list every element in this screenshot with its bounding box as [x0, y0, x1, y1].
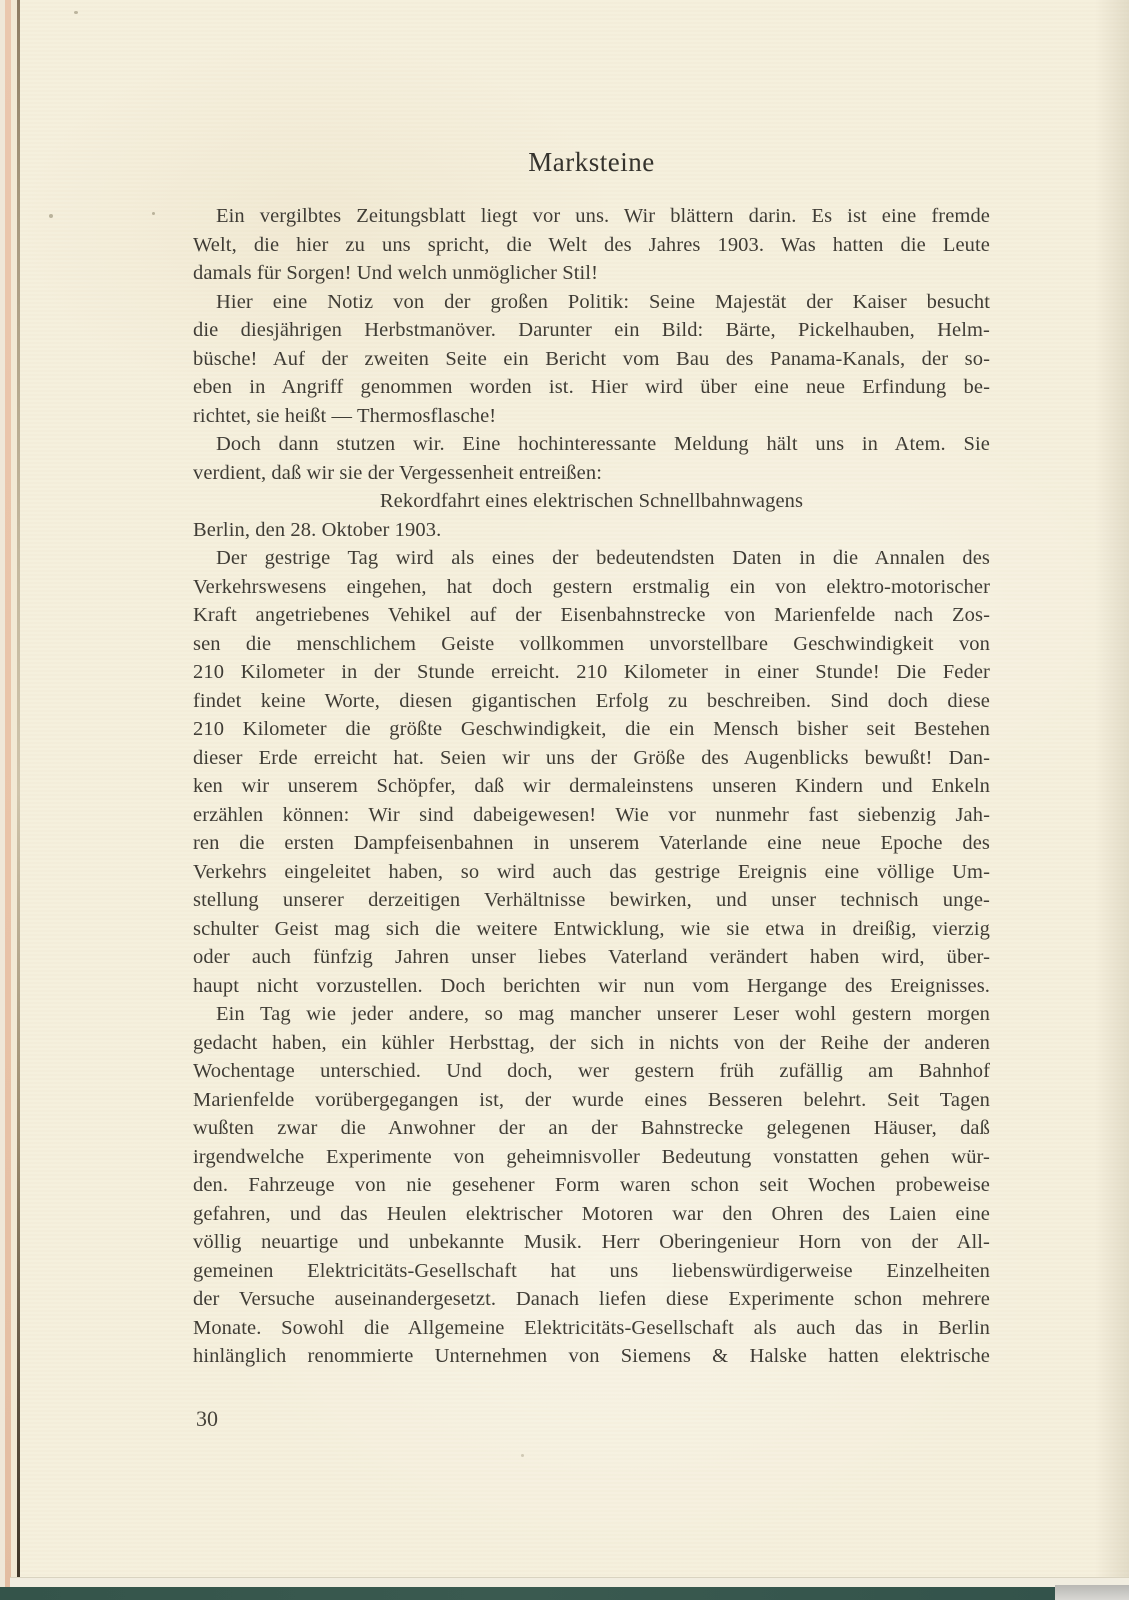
- text-line: damals für Sorgen! Und welch unmöglicher…: [193, 259, 990, 288]
- page-number: 30: [196, 1406, 218, 1432]
- text-line: Doch dann stutzen wir. Eine hochinteress…: [193, 430, 990, 459]
- text-line: hinlänglich renommierte Unternehmen von …: [193, 1342, 990, 1371]
- text-line: büsche! Auf der zweiten Seite ein Berich…: [193, 345, 990, 374]
- book-page-scan: Marksteine Ein vergilbtes Zeitungsblatt …: [0, 0, 1129, 1600]
- text-line: Kraft angetriebenes Vehikel auf der Eise…: [193, 601, 990, 630]
- text-line: Verkehrswesens eingehen, hat doch gester…: [193, 573, 990, 602]
- paragraph: Ein Tag wie jeder andere, so mag mancher…: [193, 1000, 990, 1371]
- text-line: gemeinen Elektricitäts-Gesellschaft hat …: [193, 1257, 990, 1286]
- paragraph: Der gestrige Tag wird als eines der bede…: [193, 544, 990, 1000]
- paper-speck: [152, 212, 155, 215]
- text-line: die diesjährigen Herbstmanöver. Darunter…: [193, 316, 990, 345]
- page-paper: Marksteine Ein vergilbtes Zeitungsblatt …: [193, 146, 990, 1371]
- text-line: Monate. Sowohl die Allgemeine Elektricit…: [193, 1314, 990, 1343]
- text-line: richtet, sie heißt — Thermosflasche!: [193, 402, 990, 431]
- paragraph: Ein vergilbtes Zeitungsblatt liegt vor u…: [193, 202, 990, 288]
- text-line: Ein vergilbtes Zeitungsblatt liegt vor u…: [193, 202, 990, 231]
- text-line: Der gestrige Tag wird als eines der bede…: [193, 544, 990, 573]
- text-line: Wochentage unterschied. Und doch, wer ge…: [193, 1057, 990, 1086]
- text-line: ken wir unserem Schöpfer, daß wir dermal…: [193, 772, 990, 801]
- text-line: findet keine Worte, diesen gigantischen …: [193, 687, 990, 716]
- spine-shadow-line: [17, 0, 20, 1587]
- text-line: eben in Angriff genommen worden ist. Hie…: [193, 373, 990, 402]
- text-line: irgendwelche Experimente von geheimnisvo…: [193, 1143, 990, 1172]
- paragraph: Berlin, den 28. Oktober 1903.: [193, 516, 990, 545]
- paragraph: Hier eine Notiz von der großen Politik: …: [193, 288, 990, 431]
- text-line: wußten zwar die Anwohner der an der Bahn…: [193, 1114, 990, 1143]
- text-line: erzählen können: Wir sind dabeigewesen! …: [193, 801, 990, 830]
- paper-speck: [521, 1454, 524, 1457]
- text-line: schulter Geist mag sich die weitere Entw…: [193, 915, 990, 944]
- text-line: Marienfelde vorübergegangen ist, der wur…: [193, 1086, 990, 1115]
- text-line: 210 Kilometer in der Stunde erreicht. 21…: [193, 658, 990, 687]
- text-line: Rekordfahrt eines elektrischen Schnellba…: [193, 487, 990, 516]
- text-line: dieser Erde erreicht hat. Seien wir uns …: [193, 744, 990, 773]
- text-line: gedacht haben, ein kühler Herbsttag, der…: [193, 1029, 990, 1058]
- paragraph: Rekordfahrt eines elektrischen Schnellba…: [193, 487, 990, 516]
- text-line: Hier eine Notiz von der großen Politik: …: [193, 288, 990, 317]
- corner-patch: [1055, 1585, 1129, 1600]
- page-title: Marksteine: [193, 146, 990, 178]
- page-curvature-shade: [1095, 0, 1129, 1587]
- text-line: 210 Kilometer die größte Geschwindigkeit…: [193, 715, 990, 744]
- text-line: haupt nicht vorzustellen. Doch berichten…: [193, 972, 990, 1001]
- text-line: sen die menschlichem Geiste vollkommen u…: [193, 630, 990, 659]
- text-line: Berlin, den 28. Oktober 1903.: [193, 516, 990, 545]
- text-line: oder auch fünfzig Jahren unser liebes Va…: [193, 943, 990, 972]
- text-line: ren die ersten Dampfeisenbahnen in unser…: [193, 829, 990, 858]
- text-line: stellung unserer derzeitigen Verhältniss…: [193, 886, 990, 915]
- paper-speck: [74, 11, 78, 14]
- paper-speck: [49, 214, 53, 218]
- text-line: Ein Tag wie jeder andere, so mag mancher…: [193, 1000, 990, 1029]
- text-line: der Versuche auseinandergesetzt. Danach …: [193, 1285, 990, 1314]
- text-line: Verkehrs eingeleitet haben, so wird auch…: [193, 858, 990, 887]
- text-line: gefahren, und das Heulen elektrischer Mo…: [193, 1200, 990, 1229]
- paragraphs: Ein vergilbtes Zeitungsblatt liegt vor u…: [193, 202, 990, 1371]
- text-line: verdient, daß wir sie der Vergessenheit …: [193, 459, 990, 488]
- paragraph: Doch dann stutzen wir. Eine hochinteress…: [193, 430, 990, 487]
- table-surface: [0, 1587, 1129, 1600]
- text-line: völlig neuartige und unbekannte Musik. H…: [193, 1228, 990, 1257]
- text-line: den. Fahrzeuge von nie gesehener Form wa…: [193, 1171, 990, 1200]
- text-line: Welt, die hier zu uns spricht, die Welt …: [193, 231, 990, 260]
